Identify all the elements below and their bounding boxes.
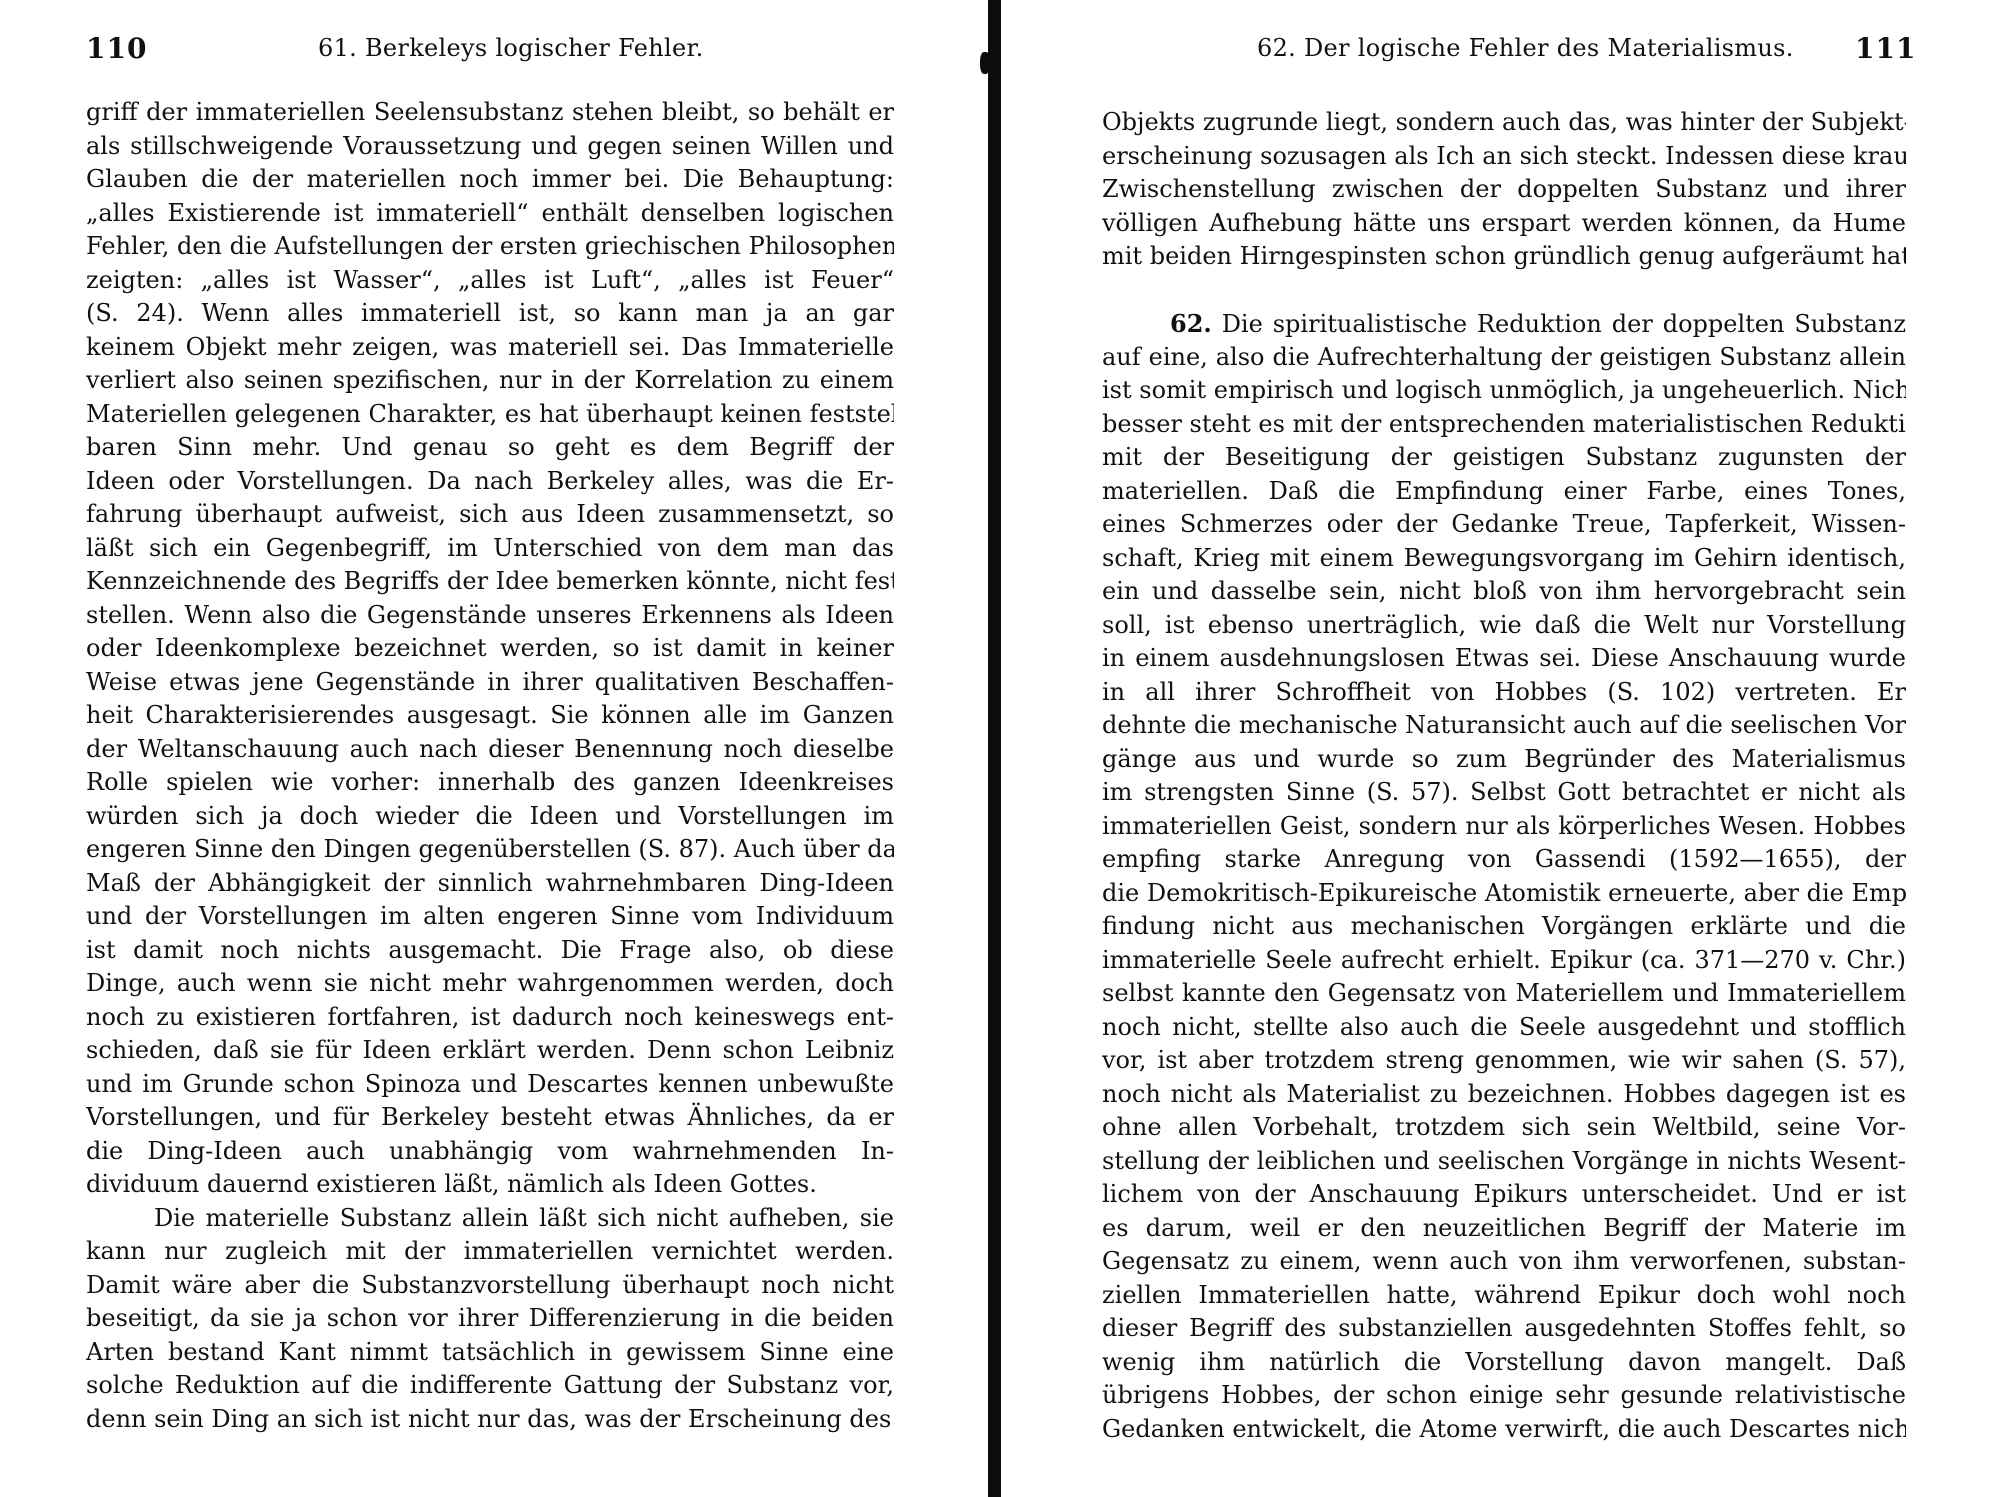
- text-line: heit Charakterisierendes ausgesagt. Sie …: [86, 699, 894, 733]
- text-line: läßt sich ein Gegenbegriff, im Unterschi…: [86, 532, 894, 566]
- text-line: baren Sinn mehr. Und genau so geht es de…: [86, 431, 894, 465]
- text-line: dehnte die mechanische Naturansicht auch…: [1102, 709, 1906, 743]
- text-line: lichem von der Anschauung Epikurs unters…: [1102, 1178, 1906, 1212]
- text-line: zeigten: „alles ist Wasser“, „alles ist …: [86, 264, 894, 298]
- text-line: in all ihrer Schroffheit von Hobbes (S. …: [1102, 676, 1906, 710]
- text-line: materiellen. Daß die Empfindung einer Fa…: [1102, 475, 1906, 509]
- text-line: würden sich ja doch wieder die Ideen und…: [86, 800, 894, 834]
- text-line: findung nicht aus mechanischen Vorgängen…: [1102, 910, 1906, 944]
- text-line: Rolle spielen wie vorher: innerhalb des …: [86, 766, 894, 800]
- continuation-paragraph: Objekts zugrunde liegt, sondern auch das…: [1102, 106, 1906, 274]
- text-line: immateriellen Geist, sondern nur als kör…: [1102, 810, 1906, 844]
- text-line: Dinge, auch wenn sie nicht mehr wahrgeno…: [86, 967, 894, 1001]
- gutter-blot: [980, 52, 990, 74]
- page-gutter: [988, 0, 1001, 1497]
- text-line: immaterielle Seele aufrecht erhielt. Epi…: [1102, 944, 1906, 978]
- text-line: stellung der leiblichen und seelischen V…: [1102, 1145, 1906, 1179]
- text-line: „alles Existierende ist immateriell“ ent…: [86, 197, 894, 231]
- text-line: beseitigt, da sie ja schon vor ihrer Dif…: [86, 1302, 894, 1336]
- body-text: griff der immateriellen Seelensubstanz s…: [86, 96, 894, 1436]
- text-line: Damit wäre aber die Substanzvorstellung …: [86, 1269, 894, 1303]
- text-line: Weise etwas jene Gegenstände in ihrer qu…: [86, 666, 894, 700]
- left-page: 110 61. Berkeleys logischer Fehler. grif…: [0, 0, 985, 1497]
- text-line: mit beiden Hirngespinsten schon gründlic…: [1102, 240, 1906, 274]
- text-line: der Weltanschauung auch nach dieser Bene…: [86, 733, 894, 767]
- text-line: Maß der Abhängigkeit der sinnlich wahrne…: [86, 867, 894, 901]
- text-line: gänge aus und wurde so zum Begründer des…: [1102, 743, 1906, 777]
- text-line: eines Schmerzes oder der Gedanke Treue, …: [1102, 508, 1906, 542]
- text-line: noch nicht, stellte also auch die Seele …: [1102, 1011, 1906, 1045]
- section-62: 62. Die spiritualistische Reduktion der …: [1102, 307, 1906, 1446]
- text-line: besser steht es mit der entsprechenden m…: [1102, 408, 1906, 442]
- text-line: völligen Aufhebung hätte uns erspart wer…: [1102, 207, 1906, 241]
- text-line: ist somit empirisch und logisch unmöglic…: [1102, 374, 1906, 408]
- text-line: Materiellen gelegenen Charakter, es hat …: [86, 398, 894, 432]
- page-number: 110: [86, 32, 147, 65]
- text-line: Zwischenstellung zwischen der doppelten …: [1102, 173, 1906, 207]
- text-line: als stillschweigende Voraussetzung und g…: [86, 130, 894, 164]
- text-line: übrigens Hobbes, der schon einige sehr g…: [1102, 1379, 1906, 1413]
- text-line: (S. 24). Wenn alles immateriell ist, so …: [86, 297, 894, 331]
- text-line: denn sein Ding an sich ist nicht nur das…: [86, 1403, 894, 1437]
- text-line: empfing starke Anregung von Gassendi (15…: [1102, 843, 1906, 877]
- text-line: Glauben die der materiellen noch immer b…: [86, 163, 894, 197]
- text-line: kann nur zugleich mit der immateriellen …: [86, 1235, 894, 1269]
- page-number: 111: [1855, 32, 1916, 65]
- text-line: fahrung überhaupt aufweist, sich aus Ide…: [86, 498, 894, 532]
- text-line: vor, ist aber trotzdem streng genommen, …: [1102, 1044, 1906, 1078]
- text-line: ein und dasselbe sein, nicht bloß von ih…: [1102, 575, 1906, 609]
- text-line: im strengsten Sinne (S. 57). Selbst Gott…: [1102, 776, 1906, 810]
- text-line: es darum, weil er den neuzeitlichen Begr…: [1102, 1212, 1906, 1246]
- text-line: engeren Sinne den Dingen gegenüberstelle…: [86, 833, 894, 867]
- text-line: mit der Beseitigung der geistigen Substa…: [1102, 441, 1906, 475]
- text-line: Gedanken entwickelt, die Atome verwirft,…: [1102, 1413, 1906, 1447]
- section-number: 62.: [1170, 309, 1212, 338]
- running-head: 61. Berkeleys logischer Fehler.: [318, 34, 704, 62]
- text-line: wenig ihm natürlich die Vorstellung davo…: [1102, 1346, 1906, 1380]
- text-line: oder Ideenkomplexe bezeichnet werden, so…: [86, 632, 894, 666]
- body-text: Objekts zugrunde liegt, sondern auch das…: [1102, 106, 1906, 1446]
- text-line: die Ding-Ideen auch unabhängig vom wahrn…: [86, 1135, 894, 1169]
- text-line: ohne allen Vorbehalt, trotzdem sich sein…: [1102, 1111, 1906, 1145]
- text-line: und der Vorstellungen im alten engeren S…: [86, 900, 894, 934]
- text-line: Objekts zugrunde liegt, sondern auch das…: [1102, 106, 1906, 140]
- text-line: Die materielle Substanz allein läßt sich…: [86, 1202, 894, 1236]
- text-line: die Demokritisch-Epikureische Atomistik …: [1102, 877, 1906, 911]
- text-line: verliert also seinen spezifischen, nur i…: [86, 364, 894, 398]
- text-line: dividuum dauernd existieren läßt, nämlic…: [86, 1168, 894, 1202]
- text-line: Gegensatz zu einem, wenn auch von ihm ve…: [1102, 1245, 1906, 1279]
- right-page: 62. Der logische Fehler des Materialismu…: [1003, 0, 2000, 1497]
- text-line: schieden, daß sie für Ideen erklärt werd…: [86, 1034, 894, 1068]
- text-line: auf eine, also die Aufrechterhaltung der…: [1102, 341, 1906, 375]
- section-first-line: 62. Die spiritualistische Reduktion der …: [1102, 307, 1906, 341]
- text-line: selbst kannte den Gegensatz von Materiel…: [1102, 977, 1906, 1011]
- text-line: keinem Objekt mehr zeigen, was materiell…: [86, 331, 894, 365]
- text-line: noch zu existieren fortfahren, ist dadur…: [86, 1001, 894, 1035]
- text-line: in einem ausdehnungslosen Etwas sei. Die…: [1102, 642, 1906, 676]
- text-line: griff der immateriellen Seelensubstanz s…: [86, 96, 894, 130]
- text-line: Arten bestand Kant nimmt tatsächlich in …: [86, 1336, 894, 1370]
- text-line: Kennzeichnende des Begriffs der Idee bem…: [86, 565, 894, 599]
- text-line: Vorstellungen, und für Berkeley besteht …: [86, 1101, 894, 1135]
- text-line: noch nicht als Materialist zu bezeichnen…: [1102, 1078, 1906, 1112]
- text-line: soll, ist ebenso unerträglich, wie daß d…: [1102, 609, 1906, 643]
- section-first-line-text: Die spiritualistische Reduktion der dopp…: [1222, 310, 1906, 338]
- text-line: erscheinung sozusagen als Ich an sich st…: [1102, 140, 1906, 174]
- section-lines: auf eine, also die Aufrechterhaltung der…: [1102, 341, 1906, 1447]
- text-line: ziellen Immateriellen hatte, während Epi…: [1102, 1279, 1906, 1313]
- text-line: solche Reduktion auf die indifferente Ga…: [86, 1369, 894, 1403]
- paragraph-gap: [1102, 274, 1906, 308]
- text-line: dieser Begriff des substanziellen ausged…: [1102, 1312, 1906, 1346]
- text-line: Fehler, den die Aufstellungen der ersten…: [86, 230, 894, 264]
- text-line: stellen. Wenn also die Gegenstände unser…: [86, 599, 894, 633]
- text-line: und im Grunde schon Spinoza und Descarte…: [86, 1068, 894, 1102]
- running-head: 62. Der logische Fehler des Materialismu…: [1257, 34, 1794, 62]
- text-line: ist damit noch nichts ausgemacht. Die Fr…: [86, 934, 894, 968]
- text-line: schaft, Krieg mit einem Bewegungsvorgang…: [1102, 542, 1906, 576]
- text-line: Ideen oder Vorstellungen. Da nach Berkel…: [86, 465, 894, 499]
